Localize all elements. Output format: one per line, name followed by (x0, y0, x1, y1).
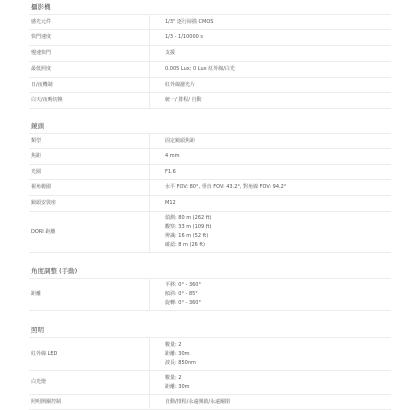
table-row: 日/夜機制紅外線濾光片 (29, 78, 391, 93)
spec-value-multiline: 平移: 0° - 360° 傾斜: 0° - 85° 旋轉: 0° - 360° (150, 279, 392, 311)
spec-value: 固定鏡頭焦距 (150, 134, 392, 149)
spec-label: 視角範圍 (29, 180, 150, 196)
table-row: 紅外線 LED 數量: 2 距離: 30m 波長: 850nm (29, 338, 391, 371)
spec-label: 距離 (29, 279, 150, 311)
spec-table: 類型固定鏡頭焦距 焦距4 mm 光圈F1.6 視角範圍水平 FOV: 80°, … (29, 133, 391, 253)
spec-value: M12 (150, 196, 392, 212)
table-row: 類型固定鏡頭焦距 (29, 134, 391, 149)
section-title: 照明 (29, 323, 391, 337)
table-row: 慢速快門支援 (29, 46, 391, 62)
spec-table: 紅外線 LED 數量: 2 距離: 30m 波長: 850nm 白光燈 數量: … (29, 337, 391, 410)
spec-value: 1/3" 逐行掃描 CMOS (150, 15, 392, 30)
section-title: 攝影機 (29, 0, 391, 14)
spec-value: 紅外線濾光片 (150, 78, 392, 93)
table-row: 焦距4 mm (29, 149, 391, 165)
spec-value-line: 旋轉: 0° - 360° (165, 299, 391, 308)
spec-label: 類型 (29, 134, 150, 149)
spec-label: 白光燈 (29, 371, 150, 395)
spec-label: 快門速度 (29, 30, 150, 46)
spec-value: 4 mm (150, 149, 392, 165)
spec-value-line: 距離: 30m (165, 350, 391, 359)
section-title: 鏡頭 (29, 119, 391, 133)
spec-value: 自動/排程/永遠開啟/永遠關閉 (150, 395, 392, 410)
spec-label: 紅外線 LED (29, 338, 150, 371)
table-row: 最低照度0.005 Lux; 0 Lux 紅外線/白光 (29, 62, 391, 78)
spec-label: 最低照度 (29, 62, 150, 78)
table-row: DORI 距離 偵測: 80 m (262 ft) 觀察: 33 m (109 … (29, 212, 391, 253)
spec-value-line: 平移: 0° - 360° (165, 281, 391, 290)
table-row: 光圈F1.6 (29, 165, 391, 180)
table-row: 照明開關控制自動/排程/永遠開啟/永遠關閉 (29, 395, 391, 410)
spec-label: DORI 距離 (29, 212, 150, 253)
spec-label: 照明開關控制 (29, 395, 150, 410)
spec-value-line: 波長: 850nm (165, 359, 391, 368)
spec-value-line: 確認: 8 m (26 ft) (165, 241, 391, 250)
table-row: 白天/夜晚切換統一/ 排程/ 自動 (29, 93, 391, 109)
spec-table: 距離 平移: 0° - 360° 傾斜: 0° - 85° 旋轉: 0° - 3… (29, 278, 391, 311)
table-row: 感光元件1/3" 逐行掃描 CMOS (29, 15, 391, 30)
spec-value-line: 辨識: 16 m (52 ft) (165, 232, 391, 241)
spec-value-line: 距離: 30m (165, 383, 391, 392)
spec-value-line: 觀察: 33 m (109 ft) (165, 223, 391, 232)
spec-value-line: 數量: 2 (165, 341, 391, 350)
table-row: 快門速度1/3 - 1/10000 s (29, 30, 391, 46)
spec-value: 0.005 Lux; 0 Lux 紅外線/白光 (150, 62, 392, 78)
spec-value-multiline: 數量: 2 距離: 30m (150, 371, 392, 395)
spec-value-line: 數量: 2 (165, 374, 391, 383)
spec-value-line: 偵測: 80 m (262 ft) (165, 214, 391, 223)
section-lens: 鏡頭 類型固定鏡頭焦距 焦距4 mm 光圈F1.6 視角範圍水平 FOV: 80… (29, 119, 391, 253)
spec-label: 感光元件 (29, 15, 150, 30)
section-camera: 攝影機 感光元件1/3" 逐行掃描 CMOS 快門速度1/3 - 1/10000… (29, 0, 391, 109)
table-row: 鏡頭安裝座M12 (29, 196, 391, 212)
spec-value-multiline: 偵測: 80 m (262 ft) 觀察: 33 m (109 ft) 辨識: … (150, 212, 392, 253)
spec-label: 白天/夜晚切換 (29, 93, 150, 109)
table-row: 視角範圍水平 FOV: 80°, 垂直 FOV: 43.2°, 對角線 FOV:… (29, 180, 391, 196)
section-title: 角度調整 (手動) (29, 264, 391, 278)
section-illumination: 照明 紅外線 LED 數量: 2 距離: 30m 波長: 850nm 白光燈 數… (29, 323, 391, 410)
spec-label: 慢速快門 (29, 46, 150, 62)
spec-value: 支援 (150, 46, 392, 62)
spec-label: 鏡頭安裝座 (29, 196, 150, 212)
spec-value-multiline: 數量: 2 距離: 30m 波長: 850nm (150, 338, 392, 371)
spec-value: F1.6 (150, 165, 392, 180)
spec-label: 焦距 (29, 149, 150, 165)
spec-page: 攝影機 感光元件1/3" 逐行掃描 CMOS 快門速度1/3 - 1/10000… (0, 0, 410, 410)
spec-value-line: 傾斜: 0° - 85° (165, 290, 391, 299)
section-angle-adjustment: 角度調整 (手動) 距離 平移: 0° - 360° 傾斜: 0° - 85° … (29, 264, 391, 311)
spec-label: 日/夜機制 (29, 78, 150, 93)
spec-value: 統一/ 排程/ 自動 (150, 93, 392, 109)
spec-label: 光圈 (29, 165, 150, 180)
spec-value: 1/3 - 1/10000 s (150, 30, 392, 46)
spec-value: 水平 FOV: 80°, 垂直 FOV: 43.2°, 對角線 FOV: 94.… (150, 180, 392, 196)
spec-table: 感光元件1/3" 逐行掃描 CMOS 快門速度1/3 - 1/10000 s 慢… (29, 14, 391, 109)
table-row: 白光燈 數量: 2 距離: 30m (29, 371, 391, 395)
table-row: 距離 平移: 0° - 360° 傾斜: 0° - 85° 旋轉: 0° - 3… (29, 279, 391, 311)
